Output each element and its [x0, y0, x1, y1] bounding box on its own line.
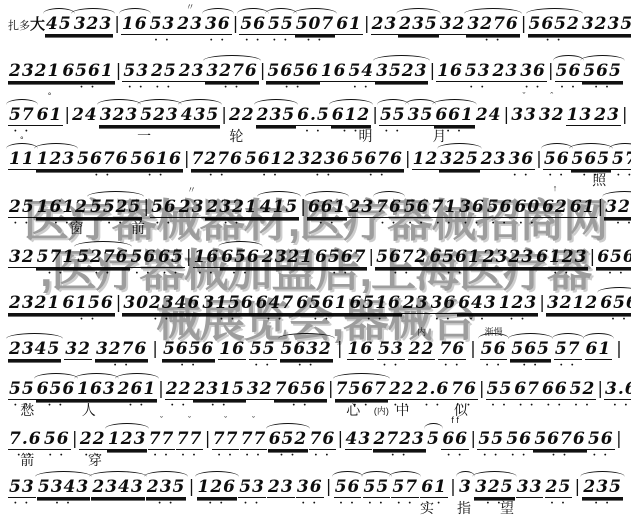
note-annotation: ˇ	[188, 415, 191, 425]
note-group: 325	[604, 197, 631, 218]
note-group: 5676	[533, 429, 586, 450]
note-group: 23	[371, 14, 399, 35]
note-group: 16	[320, 61, 348, 82]
note-group: 77ˇ	[148, 429, 176, 450]
note-group: 76	[375, 197, 403, 218]
note-group: 1612	[36, 197, 89, 218]
note-group: 3	[458, 477, 473, 497]
barline: |	[502, 105, 510, 125]
note-group: 565	[571, 149, 612, 170]
note-group: 571	[36, 247, 77, 268]
note-group: 33	[516, 477, 544, 498]
note-group: 323	[73, 14, 114, 35]
barline: |	[71, 429, 79, 449]
note-group: 76	[309, 429, 337, 450]
note-group: 77ˇ	[212, 429, 240, 450]
note-group: 24	[475, 105, 503, 125]
note-group: 126	[197, 477, 238, 498]
note-group: 565	[510, 339, 551, 360]
note-group: 54	[347, 61, 375, 82]
barline: |	[336, 339, 344, 359]
note-group: 523	[139, 105, 180, 126]
note-group: 5343	[37, 477, 90, 498]
score-row: 7.656|2212377ˇ77ˇ|77ˇ77ˇ65276|432723566f…	[8, 429, 623, 451]
note-group: 56	[543, 149, 571, 170]
barline: |	[621, 105, 629, 125]
note-group: 56	[403, 197, 431, 218]
note-group: 2321	[205, 197, 258, 218]
note-group: 16	[121, 14, 149, 35]
note-group: 325	[439, 149, 480, 170]
lyric-char: 照	[592, 170, 606, 190]
lyric-char: 月	[432, 126, 446, 146]
note-group: 23	[347, 197, 375, 218]
score-row: 2516125525|5623〃2321415|6612376567136566…	[8, 197, 623, 219]
note-group: 53	[8, 477, 36, 498]
barline: |	[220, 105, 228, 125]
barline: |	[151, 339, 159, 359]
note-group: 2345	[8, 339, 61, 360]
note-group: 3523	[375, 61, 428, 82]
barline: |	[142, 197, 150, 217]
note-group: 5632	[280, 339, 333, 360]
note-group: 56	[486, 197, 514, 218]
barline: |	[535, 149, 543, 169]
note-group: 7567	[335, 379, 388, 400]
note-annotation: f f	[451, 415, 459, 425]
note-group: 3276	[205, 61, 258, 82]
note-group: 6567	[314, 247, 367, 268]
barline: |	[538, 293, 546, 313]
note-group: 56	[150, 197, 178, 218]
lyric-char: 轮	[229, 126, 243, 146]
barline: |	[478, 379, 486, 399]
note-group: 7276	[191, 149, 244, 170]
barline: |	[183, 149, 191, 169]
note-group: 16	[218, 339, 246, 360]
barline: |	[404, 149, 412, 169]
lyric-char: 箭	[20, 450, 34, 470]
lyric-char: 前	[131, 218, 145, 238]
note-group: 2321	[8, 293, 61, 314]
note-group: 2315	[193, 379, 246, 400]
note-group: 5676	[76, 149, 129, 170]
lyric-char: 穿	[88, 450, 102, 470]
barline: |	[428, 61, 436, 81]
note-group: 66	[541, 379, 569, 400]
score-row: 23216156|3023463156647656165162336643123…	[8, 293, 623, 315]
note-group: 16	[347, 339, 375, 360]
note-group: 5672	[375, 247, 428, 268]
note-group: 23	[480, 149, 508, 170]
note-group: 56渐慢	[480, 339, 508, 360]
lyrics-row: 一轮明月	[8, 126, 623, 144]
note-group: 507	[295, 14, 336, 35]
note-group: 56	[130, 247, 158, 268]
note-group: 6561	[428, 247, 481, 268]
lyric-char: 中	[395, 400, 409, 420]
note-group: 23	[267, 477, 295, 498]
note-group: 661	[434, 105, 475, 126]
note-annotation: 渐慢	[485, 325, 503, 338]
note-group: 435	[180, 105, 221, 126]
lyric-char: (内)	[374, 404, 389, 417]
score-row: 55656163261|222315327656|7567222.676|556…	[8, 379, 623, 401]
note-group: 5	[426, 429, 441, 449]
barline: |	[232, 14, 240, 34]
note-group: 55	[486, 379, 514, 400]
note-group: 32ˆ	[538, 105, 566, 125]
note-group: 3.6	[604, 379, 631, 400]
barline: |	[469, 429, 477, 449]
barline: |	[337, 429, 345, 449]
note-group: 22	[165, 379, 193, 400]
note-group: 60	[514, 197, 542, 218]
note-group: 24	[71, 105, 99, 125]
note-group: 23	[178, 61, 206, 82]
note-group: 52	[569, 379, 597, 400]
barline: |	[113, 14, 121, 34]
barline: |	[299, 197, 307, 217]
score-row: 扎多大45323|165323〃36|565550761|23235323276…	[8, 13, 623, 35]
note-group: 56	[334, 477, 362, 498]
note-group: 23	[593, 105, 621, 126]
barline: |	[185, 247, 193, 267]
note-group: 163	[76, 379, 117, 400]
note-group: 302346	[122, 293, 201, 314]
note-group: 2343	[91, 477, 144, 498]
note-group: 22	[79, 429, 107, 450]
note-group: 7.6	[8, 429, 43, 450]
note-group: 77ˇ	[240, 429, 268, 450]
note-group: 53	[122, 61, 150, 82]
note-group: 43	[345, 429, 373, 450]
note-group: 6.5	[296, 105, 331, 126]
barline: |	[157, 379, 165, 399]
note-group: 62↑	[541, 197, 569, 218]
note-group: 36	[296, 477, 324, 498]
note-group: 25	[8, 197, 36, 218]
note-group: 3276	[466, 14, 519, 35]
note-group: 53	[377, 339, 405, 360]
lyrics-row: 箭穿	[8, 450, 623, 468]
note-group: 22	[228, 105, 256, 125]
barline: |	[115, 293, 123, 313]
note-group: 66f f	[441, 429, 469, 450]
lyric-char: 愁	[20, 400, 34, 420]
note-group: 76	[438, 339, 466, 360]
note-group: 32	[64, 339, 92, 360]
note-annotation: ˇ	[160, 415, 163, 425]
lyric-char: 一	[137, 126, 151, 146]
note-annotation: ˇ	[252, 415, 255, 425]
score-row: 3257152765665|1665623216567|567265612323…	[8, 247, 623, 269]
note-group: 57	[611, 149, 631, 170]
barline: |	[367, 247, 375, 267]
barline: |	[597, 197, 605, 217]
note-group: 325	[474, 477, 515, 498]
note-group: 565	[582, 61, 623, 82]
lyrics-row: 窗前	[8, 218, 623, 236]
note-group: 123	[107, 429, 148, 450]
barline: |	[520, 14, 528, 34]
note-group: 23〃	[178, 197, 206, 218]
note-group: 36	[519, 61, 547, 82]
note-group: 23〃	[176, 14, 204, 35]
note-group: 235	[398, 14, 439, 35]
note-group: 6561	[61, 61, 114, 82]
barline: |	[204, 429, 212, 449]
note-group: 16	[436, 61, 464, 82]
note-annotation: 内	[417, 325, 426, 338]
lyric-char: 心	[346, 400, 360, 420]
note-group: 22	[388, 379, 416, 400]
score-row: 23216561|5325233276|565616543523|1653233…	[8, 61, 623, 83]
barline: |	[188, 477, 196, 497]
note-annotation: ˇ	[224, 415, 227, 425]
note-annotation: °	[48, 91, 52, 101]
note-group: 5276	[76, 247, 129, 268]
note-group: 55	[363, 477, 391, 498]
note-group: 61	[569, 197, 597, 218]
note-group: 56	[239, 14, 267, 35]
score-row: 11°12356765616|7276561232365676|12325233…	[8, 149, 623, 171]
note-group: 53	[464, 61, 492, 82]
note-group: 45	[45, 14, 73, 35]
lyrics-row: 愁人心(内)中似	[8, 400, 623, 418]
note-group: 22内	[408, 339, 436, 360]
note-group: 3236	[297, 149, 350, 170]
note-annotation: 〃	[187, 183, 196, 196]
barline: |	[469, 339, 477, 359]
note-group: 235	[582, 477, 623, 498]
note-group: 6561	[295, 293, 348, 314]
note-group: 55	[379, 105, 407, 126]
note-group: 3235	[581, 14, 631, 35]
note-annotation: ˆ	[550, 91, 553, 101]
note-group: 2323	[482, 247, 535, 268]
note-group: 12	[412, 149, 440, 170]
note-group: 2321	[8, 61, 61, 82]
note-group: 235	[256, 105, 297, 126]
note-group: 661	[307, 197, 348, 218]
note-group: 2321	[261, 247, 314, 268]
barline: |	[63, 105, 71, 125]
note-group: 123	[36, 149, 77, 170]
note-group: 56	[505, 429, 533, 450]
barline: |	[573, 477, 581, 497]
note-group: 656	[599, 293, 631, 314]
note-group: 612	[331, 105, 372, 126]
note-group: 65	[157, 247, 185, 268]
note-group: 647	[255, 293, 296, 314]
lyric-char: 明	[359, 126, 373, 146]
note-group: 56	[555, 61, 583, 82]
note-group: 16	[193, 247, 221, 268]
note-group: 5616	[130, 149, 183, 170]
note-group: 53	[238, 477, 266, 498]
note-group: 235	[146, 477, 187, 498]
text-label: 扎多	[8, 17, 30, 33]
note-group: 57	[554, 339, 582, 360]
note-group: 656	[220, 247, 261, 268]
note-group: 36	[458, 197, 486, 218]
note-group: 32	[439, 14, 467, 35]
note-group: 55	[477, 429, 505, 450]
lyric-char: 实	[420, 498, 434, 518]
lyric-char: 指	[457, 498, 471, 518]
barline: |	[115, 61, 123, 81]
lyric-char: 望	[500, 498, 514, 518]
note-group: 5652	[528, 14, 581, 35]
note-group: 23	[402, 293, 430, 314]
text-label: 大	[30, 13, 45, 34]
note-annotation: °	[20, 135, 24, 145]
note-annotation: ˇ	[523, 91, 526, 101]
note-annotation: 〃	[186, 0, 195, 13]
barline: |	[596, 379, 604, 399]
note-group: 36	[204, 14, 232, 35]
lyric-char: 窗	[70, 218, 84, 238]
note-group: 11°	[8, 149, 36, 170]
note-group: 3212	[546, 293, 599, 314]
note-group: 25	[150, 61, 178, 82]
note-group: 656	[596, 247, 631, 268]
barline: |	[259, 61, 267, 81]
score-row: 5761°|24323523435|222356.5612|553566124|…	[8, 105, 623, 127]
note-annotation: ↑	[553, 183, 558, 193]
note-group: 55	[249, 339, 277, 360]
note-group: 123	[498, 293, 539, 314]
barline: |	[327, 379, 335, 399]
note-group: 61	[420, 477, 448, 498]
note-group: 55	[267, 14, 295, 35]
note-group: 5612	[244, 149, 297, 170]
barline: |	[371, 105, 379, 125]
note-group: 6516	[349, 293, 402, 314]
note-group: 61	[335, 14, 363, 35]
lyric-char: 人	[82, 400, 96, 420]
barline: |	[363, 14, 371, 34]
note-group: 3276	[95, 339, 148, 360]
note-group: 2723	[373, 429, 426, 450]
note-group: 6123	[535, 247, 588, 268]
note-group: 25	[545, 477, 573, 498]
note-group: 2.6	[416, 379, 451, 400]
note-group: 67	[513, 379, 541, 400]
barline: |	[547, 61, 555, 81]
note-group: 77ˇ	[176, 429, 204, 450]
note-group: 56	[587, 429, 615, 450]
note-group: 652	[268, 429, 309, 450]
note-group: 61	[585, 339, 613, 360]
barline: |	[615, 429, 623, 449]
note-group: 33ˇ	[510, 105, 538, 125]
barline: |	[449, 477, 457, 497]
note-group: 415	[259, 197, 300, 218]
note-group: 55	[8, 379, 36, 400]
note-group: 656	[36, 379, 77, 400]
note-group: 71	[430, 197, 458, 218]
note-group: 23	[492, 61, 520, 82]
note-group: 53	[149, 14, 177, 35]
note-group: 643	[457, 293, 498, 314]
note-group: 35	[407, 105, 435, 126]
note-group: 32	[246, 379, 274, 400]
note-group: 56	[43, 429, 71, 450]
barline: |	[615, 339, 623, 359]
note-group: 5676	[351, 149, 404, 170]
note-group: 5656	[266, 61, 319, 82]
note-group: 3156	[201, 293, 254, 314]
note-group: 32	[8, 247, 36, 268]
note-group: 5656	[162, 339, 215, 360]
note-group: 6156	[61, 293, 114, 314]
note-group: 57	[8, 105, 36, 126]
note-group: 13	[566, 105, 594, 126]
note-group: 7656	[274, 379, 327, 400]
note-group: 36	[507, 149, 535, 170]
note-group: 5525	[89, 197, 142, 218]
lyrics-row: 实指望	[8, 498, 623, 516]
note-group: 61°	[36, 105, 64, 126]
note-group: 57	[391, 477, 419, 498]
lyrics-row: 照	[8, 170, 623, 188]
note-group: 261	[117, 379, 158, 400]
sheet-music-page: 扎多大45323|165323〃36|565550761|23235323276…	[0, 0, 631, 519]
note-group: 323	[99, 105, 140, 126]
barline: |	[325, 477, 333, 497]
score-row: 5353432343235|126532336|56555761|3325332…	[8, 477, 623, 499]
note-group: 36	[430, 293, 458, 314]
barline: |	[588, 247, 596, 267]
note-group: 76	[450, 379, 478, 400]
score-row: 2345323276|565616555632|165322内76|56渐慢56…	[8, 339, 623, 361]
